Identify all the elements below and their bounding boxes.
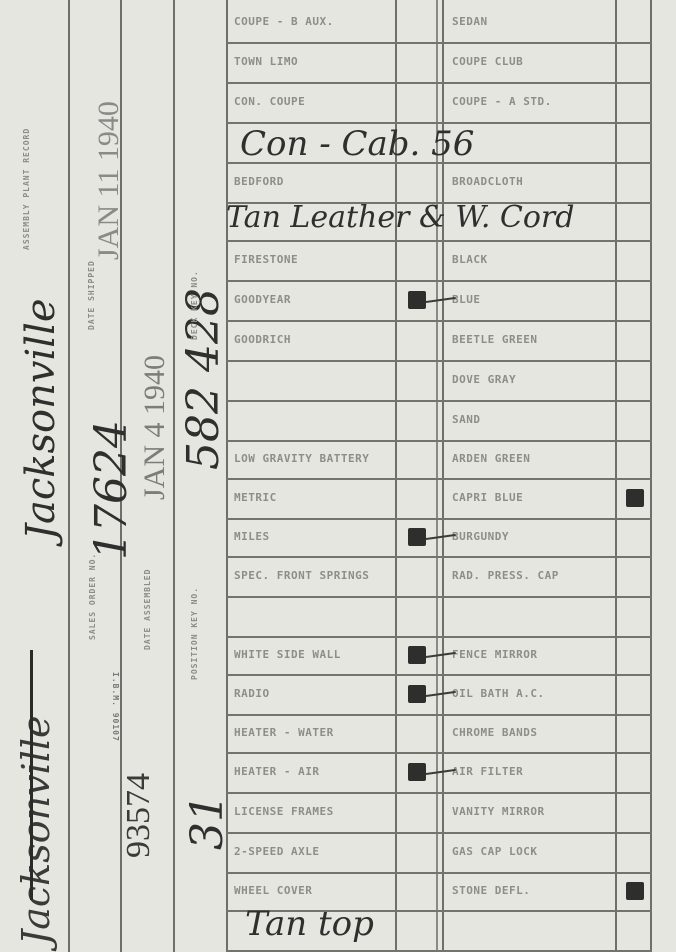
row-divider	[226, 360, 652, 362]
row-divider	[226, 674, 652, 676]
option-label-right: COUPE - A STD.	[452, 95, 552, 108]
grid-rule-check2	[615, 0, 617, 952]
option-label-right: DOVE GRAY	[452, 373, 516, 386]
row-divider	[226, 478, 652, 480]
option-label-right: RAD. PRESS. CAP	[452, 569, 559, 582]
row-divider	[226, 280, 652, 282]
option-label-left: METRIC	[234, 491, 277, 504]
option-label-left: HEATER - AIR	[234, 765, 319, 778]
option-label-right: BEETLE GREEN	[452, 333, 537, 346]
option-label-right: BROADCLOTH	[452, 175, 523, 188]
option-label-left: SPEC. FRONT SPRINGS	[234, 569, 369, 582]
grid-border-right	[650, 0, 652, 952]
strike-through-line	[30, 650, 33, 900]
option-label-left: MILES	[234, 530, 270, 543]
option-label-left: GOODYEAR	[234, 293, 291, 306]
row-divider	[226, 872, 652, 874]
handwritten-trim: Tan Leather & W. Cord	[226, 200, 574, 235]
deck-key-label: DECK KEY NO.	[190, 270, 199, 340]
option-label-right: STONE DEFL.	[452, 884, 530, 897]
option-label-right: BURGUNDY	[452, 530, 509, 543]
date-shipped-label: DATE SHIPPED	[87, 260, 96, 330]
check-mark-icon[interactable]	[626, 882, 644, 900]
check-mark-icon[interactable]	[408, 685, 426, 703]
row-divider	[226, 792, 652, 794]
date-assembled-value: JAN 4 1940	[138, 355, 172, 500]
handwritten-model: Con - Cab. 56	[240, 124, 474, 164]
option-label-left: CON. COUPE	[234, 95, 305, 108]
date-assembled-label: DATE ASSEMBLED	[143, 569, 152, 650]
row-divider	[226, 636, 652, 638]
row-divider	[226, 832, 652, 834]
form-number: I.B.M. 90107	[111, 672, 120, 742]
struck-dealer-name: Jacksonville	[14, 716, 58, 945]
option-label-right: ARDEN GREEN	[452, 452, 530, 465]
check-mark-icon[interactable]	[408, 291, 426, 309]
option-label-right: BLACK	[452, 253, 488, 266]
row-divider	[226, 440, 652, 442]
row-divider	[226, 42, 652, 44]
handwritten-top: Tan top	[245, 904, 374, 944]
left-rule-3	[173, 0, 175, 952]
row-divider	[226, 240, 652, 242]
option-label-left: COUPE - B AUX.	[234, 15, 334, 28]
option-label-left: TOWN LIMO	[234, 55, 298, 68]
option-label-right: VANITY MIRROR	[452, 805, 545, 818]
sales-order-label: SALES ORDER NO.	[88, 553, 97, 640]
position-key-value: 31	[182, 794, 233, 850]
option-label-right: OIL BATH A.C.	[452, 687, 545, 700]
plant-record-label: ASSEMBLY PLANT RECORD	[22, 128, 31, 250]
option-label-left: 2-SPEED AXLE	[234, 845, 319, 858]
option-label-left: WHITE SIDE WALL	[234, 648, 341, 661]
row-divider	[226, 82, 652, 84]
row-divider	[226, 400, 652, 402]
plant-record-card: COUPE - B AUX.SEDANTOWN LIMOCOUPE CLUBCO…	[0, 0, 676, 952]
row-divider	[226, 714, 652, 716]
option-label-left: LOW GRAVITY BATTERY	[234, 452, 369, 465]
row-divider	[226, 556, 652, 558]
dealer-handwritten: Jacksonville	[18, 298, 64, 540]
check-mark-icon[interactable]	[408, 646, 426, 664]
check-mark-icon[interactable]	[408, 528, 426, 546]
option-label-left: FIRESTONE	[234, 253, 298, 266]
option-label-left: LICENSE FRAMES	[234, 805, 334, 818]
row-divider	[226, 596, 652, 598]
row-divider	[226, 752, 652, 754]
date-shipped-value: JAN 11 1940	[92, 101, 126, 260]
check-mark-icon[interactable]	[626, 489, 644, 507]
option-label-left: BEDFORD	[234, 175, 284, 188]
deck-key-value: 582 428	[178, 288, 229, 470]
sales-order-value: 17624	[86, 420, 137, 560]
option-label-left: WHEEL COVER	[234, 884, 312, 897]
option-label-right: CAPRI BLUE	[452, 491, 523, 504]
position-key-label: POSITION KEY NO.	[190, 587, 199, 680]
option-label-right: FENCE MIRROR	[452, 648, 537, 661]
option-label-right: GAS CAP LOCK	[452, 845, 537, 858]
left-rule-1	[68, 0, 70, 952]
body-number-value: 93574	[120, 773, 158, 858]
option-label-right: CHROME BANDS	[452, 726, 537, 739]
option-label-right: AIR FILTER	[452, 765, 523, 778]
check-mark-icon[interactable]	[408, 763, 426, 781]
option-label-left: RADIO	[234, 687, 270, 700]
option-label-left: HEATER - WATER	[234, 726, 334, 739]
option-label-right: COUPE CLUB	[452, 55, 523, 68]
option-label-right: SEDAN	[452, 15, 488, 28]
option-label-right: SAND	[452, 413, 481, 426]
row-divider	[226, 320, 652, 322]
option-label-left: GOODRICH	[234, 333, 291, 346]
option-label-right: BLUE	[452, 293, 481, 306]
row-divider	[226, 518, 652, 520]
